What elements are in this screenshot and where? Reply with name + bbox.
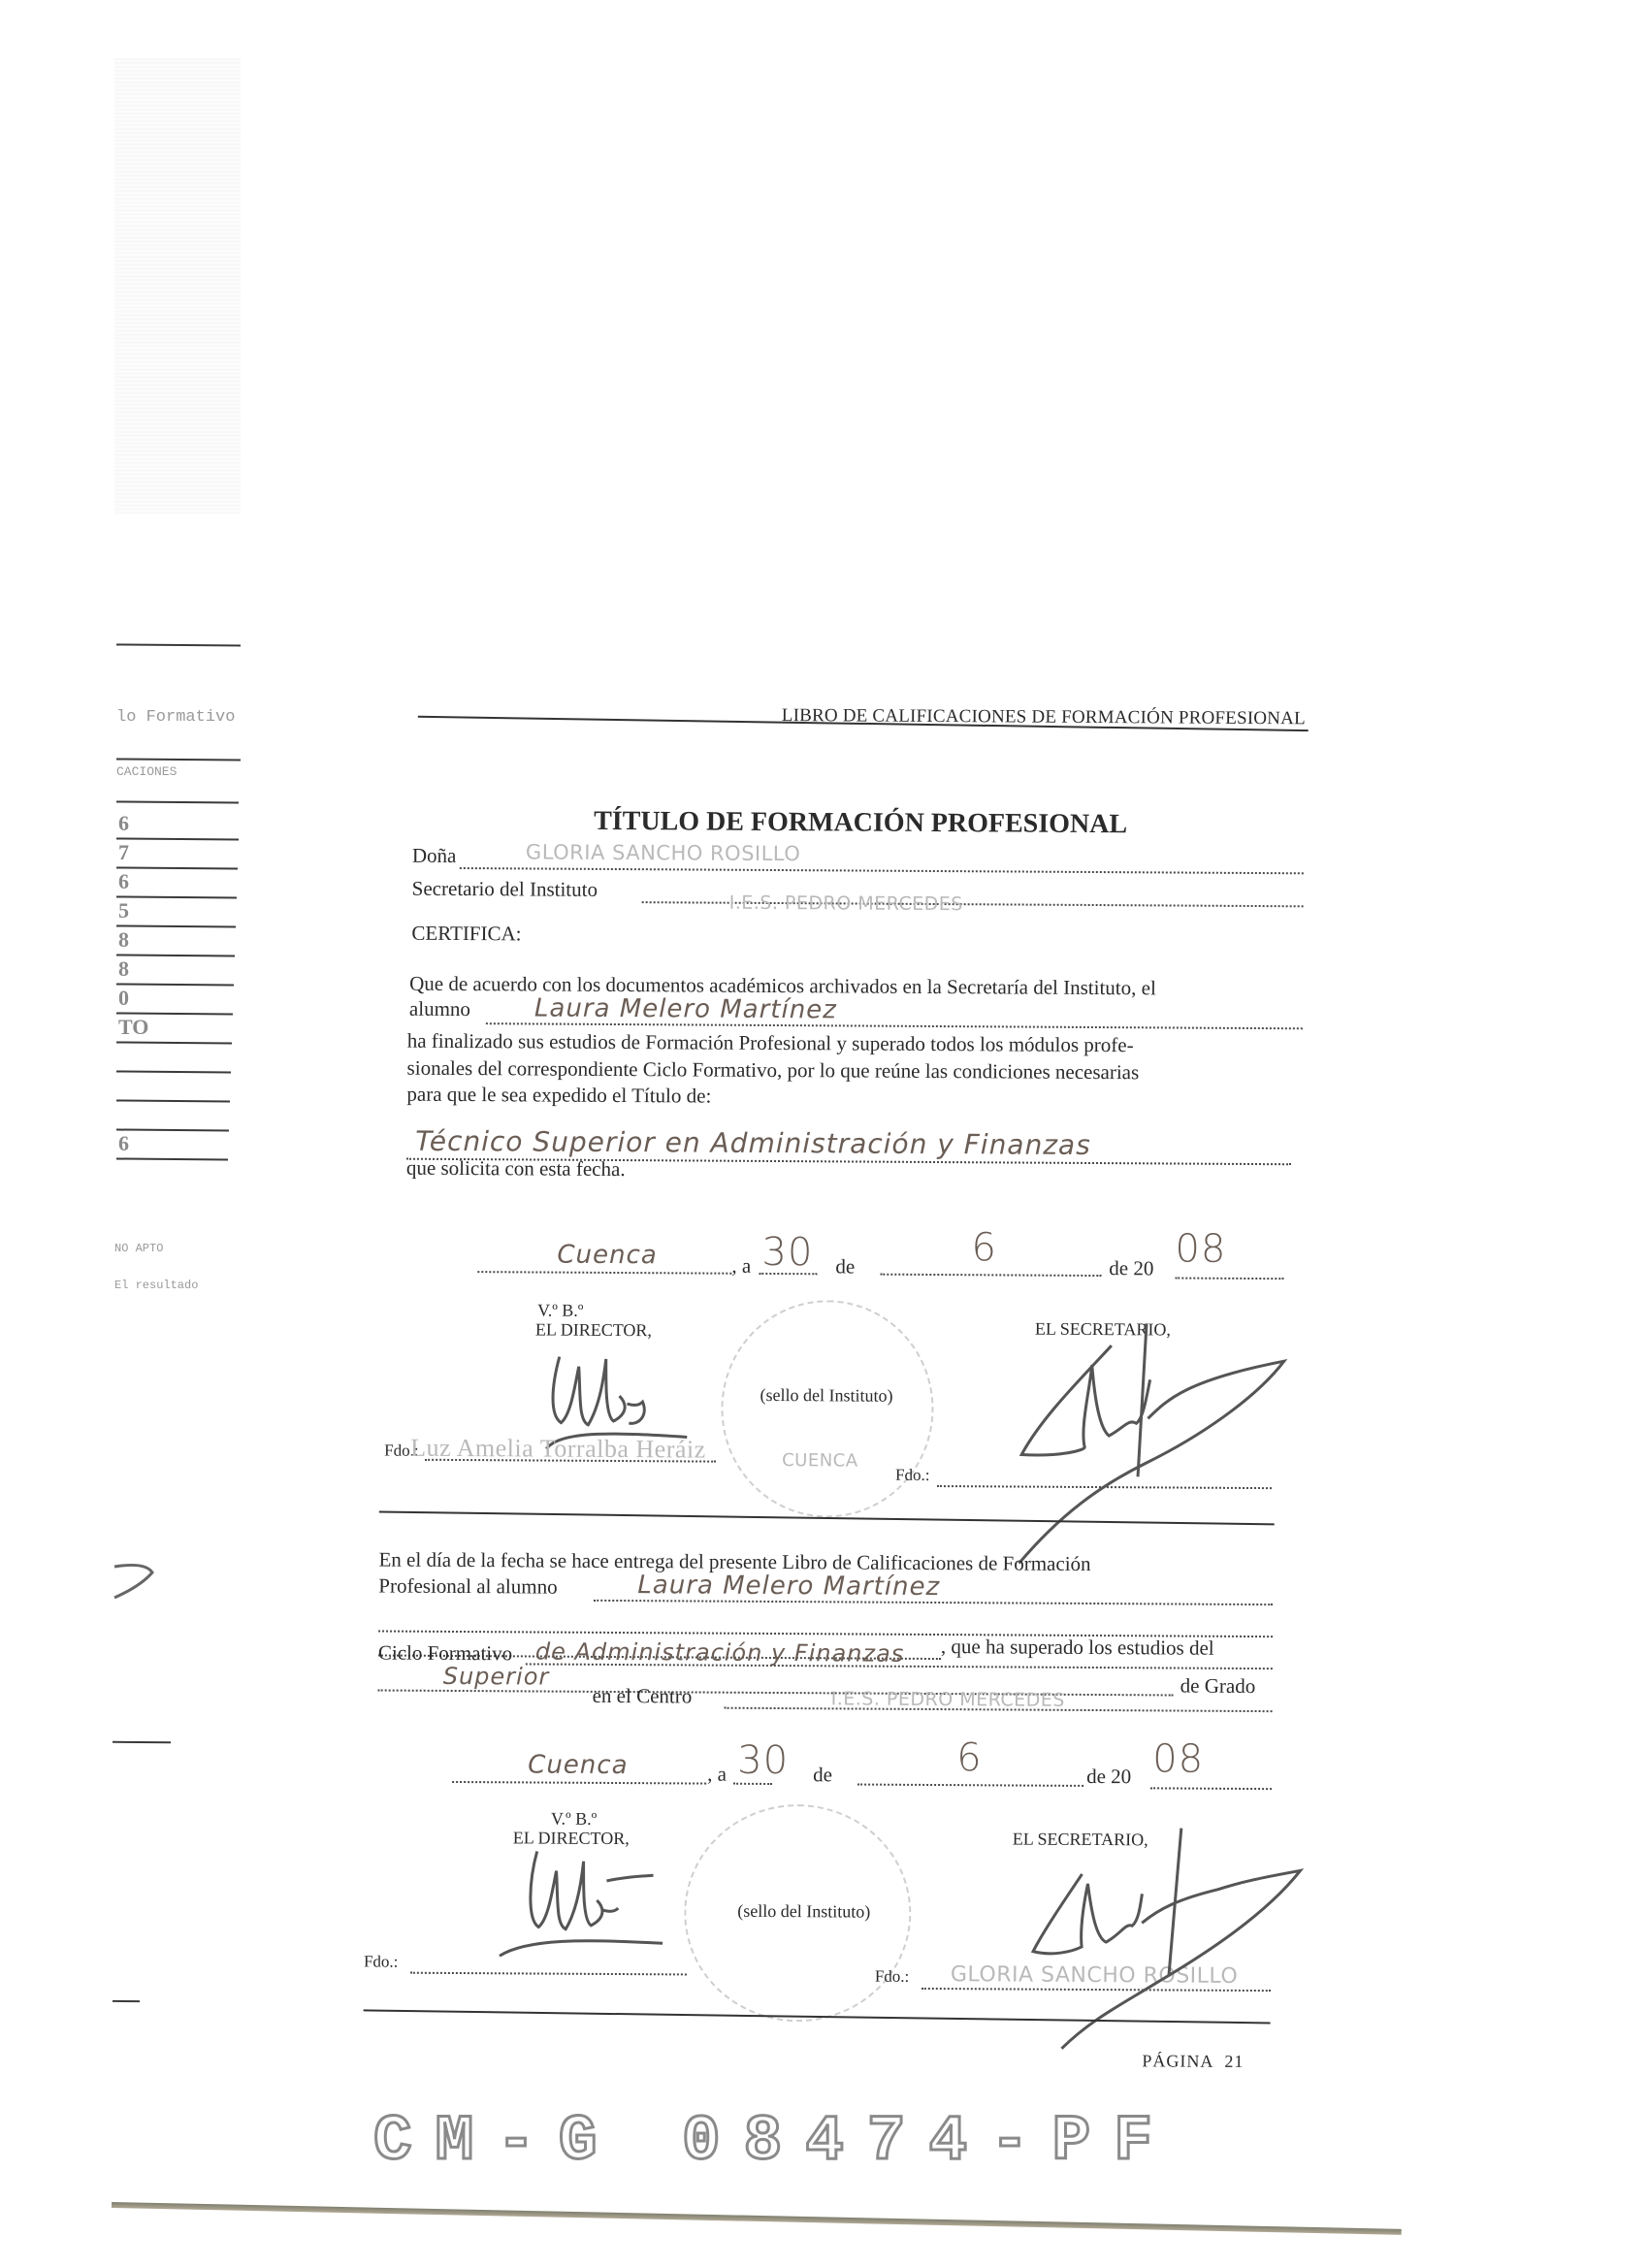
director-label: EL DIRECTOR,: [535, 1319, 652, 1341]
vb-label: V.º B.º: [537, 1301, 583, 1321]
delivery-alumno-handwritten: Laura Melero Martínez: [637, 1571, 940, 1602]
paragraph-line-3: ha finalizado sus estudios de Formación …: [407, 1029, 1134, 1058]
place-handwritten: Cuenca: [557, 1241, 658, 1271]
paragraph-line-4: sionales del correspondiente Ciclo Forma…: [407, 1056, 1140, 1085]
ciclo-handwritten: de Administración y Finanzas: [535, 1637, 904, 1667]
paragraph-line-7: que solicita con esta fecha.: [406, 1156, 626, 1182]
director-signature-2: [498, 1841, 673, 1959]
fdo2-label-secretario: Fdo.:: [875, 1967, 910, 1987]
secretario-label: Secretario del Instituto: [412, 877, 598, 902]
place2-handwritten: Cuenca: [528, 1750, 629, 1780]
fdo-label-secretario: Fdo.:: [895, 1466, 930, 1485]
institute-seal: [721, 1300, 934, 1518]
centro-stamp: I.E.S. PEDRO MERCEDES: [831, 1688, 1065, 1710]
paragraph-line-5: para que le sea expedido el Título de:: [406, 1083, 711, 1109]
place2-fill-line: [452, 1781, 706, 1785]
year2-handwritten: 08: [1152, 1736, 1204, 1781]
month2-fill-line: [857, 1784, 1083, 1787]
delivery-line-4-suffix: , que ha superado los estudios del: [941, 1635, 1214, 1661]
de2-label: de: [813, 1763, 832, 1787]
certificate-page: LIBRO DE CALIFICACIONES DE FORMACIÓN PRO…: [0, 0, 1649, 2268]
place-fill-line: [477, 1271, 731, 1275]
a-label: , a: [731, 1254, 751, 1279]
year-prefix-label: de 20: [1109, 1256, 1153, 1280]
year2-fill-line: [1150, 1787, 1272, 1790]
alumno-handwritten: Laura Melero Martínez: [534, 993, 837, 1024]
page-number-value: 21: [1224, 2052, 1244, 2071]
seal-city: CUENCA: [782, 1450, 858, 1471]
grado-handwritten: Superior: [443, 1663, 550, 1691]
de-label: de: [835, 1254, 855, 1279]
dona-fill-line: [460, 867, 1304, 874]
day2-fill-line: [733, 1783, 772, 1785]
year2-prefix-label: de 20: [1086, 1765, 1131, 1789]
centro-label: en el Centro: [593, 1684, 693, 1709]
a2-label: , a: [707, 1763, 727, 1787]
month-fill-line: [880, 1274, 1101, 1277]
day2-handwritten: 30: [737, 1738, 789, 1783]
dona-label: Doña: [412, 844, 457, 868]
certifica-label: CERTIFICA:: [411, 922, 521, 947]
seal2-label: (sello del Instituto): [737, 1901, 870, 1923]
book-title: LIBRO DE CALIFICACIONES DE FORMACIÓN PRO…: [782, 705, 1306, 729]
delivery-alumno-label: Profesional al alumno: [378, 1574, 557, 1600]
year-handwritten: 08: [1175, 1227, 1226, 1272]
month2-handwritten: 6: [956, 1735, 983, 1780]
director2-name-fill-line: [410, 1972, 687, 1976]
grado-suffix: de Grado: [1180, 1674, 1256, 1699]
director-name-stamp: Luz Amelia Torralba Heráiz: [410, 1434, 706, 1465]
dona-stamp: GLORIA SANCHO ROSILLO: [526, 840, 801, 865]
year-fill-line: [1175, 1278, 1283, 1280]
alumno-fill-line: [486, 1022, 1303, 1029]
instituto-stamp: I.E.S. PEDRO MERCEDES: [729, 892, 963, 915]
certificate-title: TÍTULO DE FORMACIÓN PROFESIONAL: [594, 806, 1127, 840]
fdo2-label-director: Fdo.:: [364, 1952, 399, 1971]
secretario-signature: [1001, 1320, 1323, 1565]
perforated-code: CM-G 08474-PF: [373, 2105, 1176, 2178]
page-number: PÁGINA 21: [1142, 2051, 1244, 2072]
page-label: PÁGINA: [1142, 2051, 1213, 2070]
alumno-label: alumno: [409, 997, 470, 1021]
month-handwritten: 6: [971, 1225, 997, 1270]
vb2-label: V.º B.º: [551, 1809, 597, 1830]
secretario-signature-2: [1022, 1826, 1314, 2051]
day-handwritten: 30: [761, 1230, 813, 1275]
seal-label: (sello del Instituto): [760, 1385, 892, 1407]
